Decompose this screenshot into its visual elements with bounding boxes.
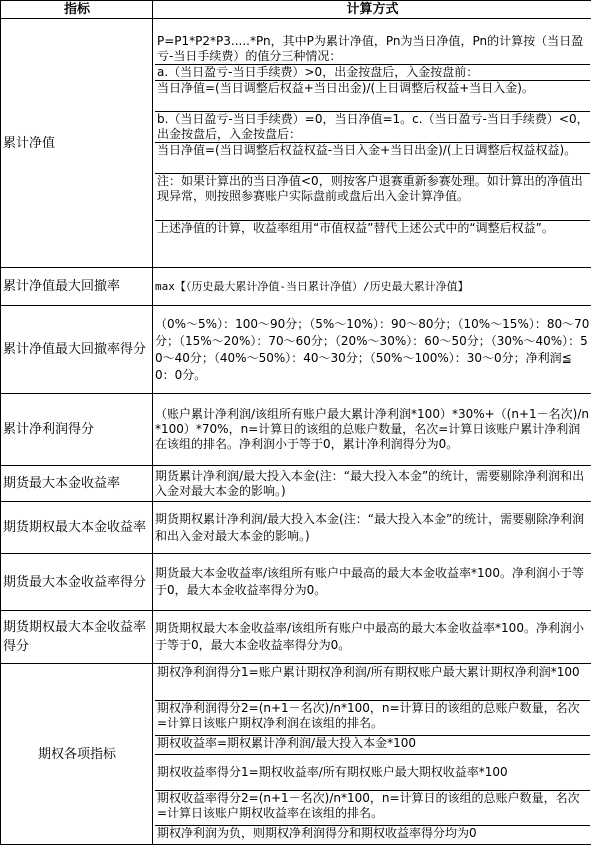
method-cell: 期货累计净利润/最大投入本金(注：“最大投入本金”的统计，需要剔除净利润和出入金…: [153, 466, 591, 502]
table-row: 累计净值 P=P1*P2*P3.....*Pn，其中P为累计净值，Pn为当日净值…: [1, 19, 591, 268]
method-cell: （账户累计净利润/该组所有账户最大累计净利润*100）*30%+（(n+1－名次…: [153, 394, 591, 466]
method-part: 当日净值=(当日调整后权益+当日出金)/(上日调整后权益+当日入金)。: [155, 81, 590, 112]
method-part: 当日净值=(当日调整后权益权益-当日入金+当日出金)/(上日调整后权益权益)。: [155, 143, 590, 174]
method-part: 期权收益率得分1=期权收益率/所有期权账户最大期权收益率*100: [155, 755, 590, 791]
table-row: 期货期权最大本金收益率 期货期权累计净利润/最大投入本金(注：“最大投入本金”的…: [1, 502, 591, 554]
method-cell: 期权净利润得分1=账户累计期权净利润/所有期权账户最大累计期权净利润*100 期…: [153, 664, 591, 845]
method-part: 期权收益率=期权累计净利润/最大投入本金*100: [155, 736, 590, 755]
table-row: 期货最大本金收益率 期货累计净利润/最大投入本金(注：“最大投入本金”的统计，需…: [1, 466, 591, 502]
indicator-table: 指标 计算方式 累计净值 P=P1*P2*P3.....*Pn，其中P为累计净值…: [0, 0, 591, 845]
table-row: 期权各项指标 期权净利润得分1=账户累计期权净利润/所有期权账户最大累计期权净利…: [1, 664, 591, 845]
method-part: a.（当日盈亏-当日手续费）>0，出金按盘后，入金按盘前：: [155, 65, 590, 81]
column-header-indicator: 指标: [1, 1, 153, 19]
indicator-cell: 期货期权最大本金收益率: [1, 502, 153, 554]
indicator-cell: 期货最大本金收益率得分: [1, 554, 153, 611]
table-row: 累计净值最大回撤率得分 （0%～5%）：100～90分；（5%～10%）：90～…: [1, 306, 591, 394]
table-header-row: 指标 计算方式: [1, 1, 591, 19]
method-cell: max【（历史最大累计净值-当日累计净值）/历史最大累计净值】: [153, 268, 591, 306]
indicator-cell: 期权各项指标: [1, 664, 153, 845]
table-row: 期货期权最大本金收益率得分 期货期权最大本金收益率/该组所有账户中最高的最大本金…: [1, 611, 591, 664]
method-cell: （0%～5%）：100～90分；（5%～10%）：90～80分；（10%～15%…: [153, 306, 591, 394]
method-part: 期权收益率得分2=(n+1－名次)/n*100，n=计算日的该组的总账户数量，名…: [155, 791, 590, 826]
indicator-cell: 期货期权最大本金收益率得分: [1, 611, 153, 664]
indicator-cell: 期货最大本金收益率: [1, 466, 153, 502]
method-part: b.（当日盈亏-当日手续费）=0，当日净值=1。c.（当日盈亏-当日手续费）<0…: [155, 112, 590, 143]
method-part: 上述净值的计算，收益率组用“市值权益”替代上述公式中的“调整后权益”。: [155, 221, 590, 252]
method-part: 注：如果计算出的当日净值<0，则按客户退赛重新参赛处理。如计算出的净值出现异常，…: [155, 174, 590, 221]
indicator-cell: 累计净利润得分: [1, 394, 153, 466]
method-part: 期权净利润为负，则期权净利润得分和期权收益率得分均为0: [155, 826, 590, 843]
method-part: 期权净利润得分1=账户累计期权净利润/所有期权账户最大累计期权净利润*100: [155, 665, 590, 701]
method-cell: 期货最大本金收益率/该组所有账户中最高的最大本金收益率*100。净利润小于等于0…: [153, 554, 591, 611]
table-row: 累计净值最大回撤率 max【（历史最大累计净值-当日累计净值）/历史最大累计净值…: [1, 268, 591, 306]
table-row: 累计净利润得分 （账户累计净利润/该组所有账户最大累计净利润*100）*30%+…: [1, 394, 591, 466]
table-row: 期货最大本金收益率得分 期货最大本金收益率/该组所有账户中最高的最大本金收益率*…: [1, 554, 591, 611]
method-cell: 期货期权累计净利润/最大投入本金(注：“最大投入本金”的统计，需要剔除净利润和出…: [153, 502, 591, 554]
method-cell: 期货期权最大本金收益率/该组所有账户中最高的最大本金收益率*100。净利润小于等…: [153, 611, 591, 664]
column-header-method: 计算方式: [153, 1, 591, 19]
indicator-cell: 累计净值最大回撤率: [1, 268, 153, 306]
method-part: P=P1*P2*P3.....*Pn，其中P为累计净值，Pn为当日净值，Pn的计…: [155, 34, 590, 65]
indicator-cell: 累计净值最大回撤率得分: [1, 306, 153, 394]
indicator-cell: 累计净值: [1, 19, 153, 268]
method-cell: P=P1*P2*P3.....*Pn，其中P为累计净值，Pn为当日净值，Pn的计…: [153, 19, 591, 268]
method-part: 期权净利润得分2=(n+1－名次)/n*100，n=计算日的该组的总账户数量，名…: [155, 701, 590, 736]
